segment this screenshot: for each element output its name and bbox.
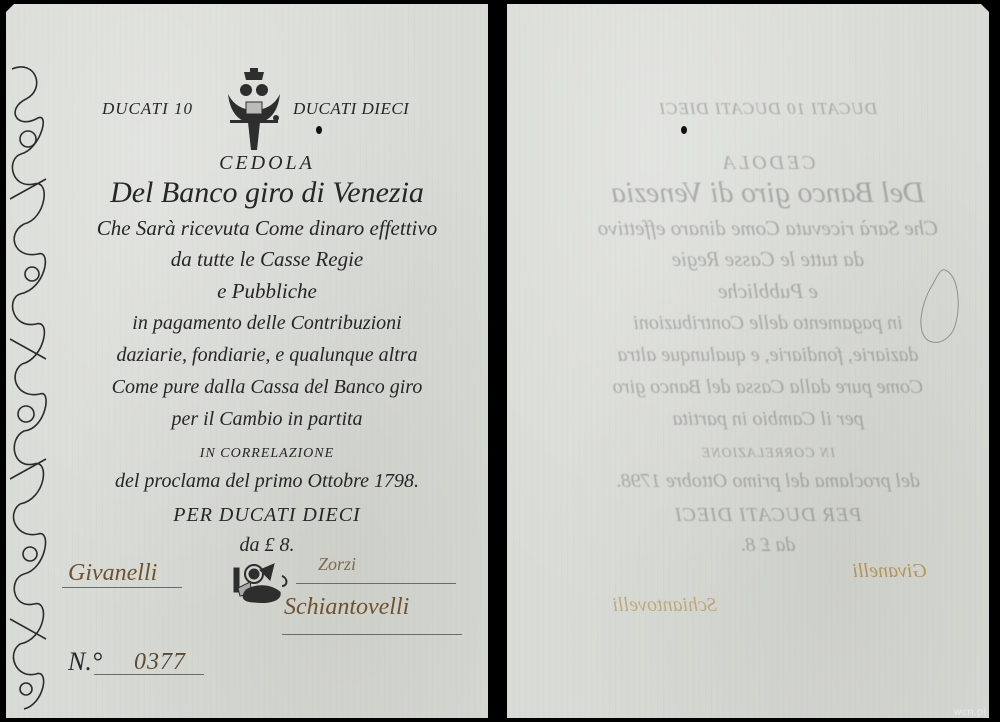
denomination-line: PER DUCATI DIECI — [46, 504, 488, 527]
signature-left: Givanelli — [68, 560, 157, 587]
ghost-line-10: PER DUCATI DIECI — [547, 504, 989, 527]
signature-line-right-top — [296, 583, 456, 584]
issuer-line: Del Banco giro di Venezia — [46, 176, 488, 210]
ghost-line-9: del proclama del primo Ottobre 1798. — [547, 470, 989, 493]
watermark: wcn.pl — [954, 707, 986, 718]
ghost-line-8: IN CORRELAZIONE — [547, 446, 989, 462]
serial-number-label: N.° — [68, 647, 102, 677]
ghost-line-6: Come pure dalla Cassa del Banco giro — [547, 376, 989, 399]
paper-stain — [915, 266, 965, 350]
signature-line-left — [62, 587, 182, 588]
text-line-2: da tutte le Casse Regie — [46, 247, 488, 272]
value-line: da £ 8. — [46, 534, 488, 557]
text-line-7: per il Cambio in partita — [46, 408, 488, 431]
signature-line-right — [282, 634, 462, 635]
header-denomination-right: DUCATI DIECI — [293, 99, 409, 119]
banknote-back: DUCATI 10 DUCATI DIECI CEDOLA Del Banco … — [507, 4, 989, 718]
banknote-front: DUCATI 10 DUCATI DIECI CEDOLA Del Banco … — [6, 4, 488, 718]
text-line-6: Come pure dalla Cassa del Banco giro — [46, 376, 488, 399]
text-line-1: Che Sarà ricevuta Come dinaro effettivo — [46, 216, 488, 241]
text-line-5: daziarie, fondiarie, e qualunque altra — [46, 344, 488, 367]
note-title: CEDOLA — [46, 152, 488, 175]
ghost-signature-givanelli: Givanelli — [853, 560, 927, 582]
ghost-signature-left-wrap: Schiantovelli — [567, 594, 717, 617]
signature-right-cancelled: Zorzi — [318, 554, 356, 575]
serial-number-line — [94, 674, 204, 675]
text-line-4: in pagamento delle Contribuzioni — [46, 312, 488, 335]
serial-number: 0377 — [134, 649, 186, 676]
signature-right: Schiantovelli — [284, 594, 409, 621]
ghost-line-header: DUCATI 10 DUCATI DIECI — [547, 99, 989, 119]
header-denomination-left: DUCATI 10 — [102, 99, 193, 119]
punch-hole — [316, 126, 322, 134]
lion-of-saint-mark-icon — [230, 560, 292, 606]
ghost-line-title: CEDOLA — [547, 152, 989, 175]
text-line-3: e Pubbliche — [46, 279, 488, 304]
punch-hole — [681, 126, 687, 134]
ghost-signature-schiantovelli: Schiantovelli — [613, 594, 717, 616]
ghost-line-7: per il Cambio in partita — [547, 408, 989, 431]
ghost-line-1: Che Sarà ricevuta Come dinaro effettivo — [547, 216, 989, 241]
double-headed-eagle-icon — [224, 66, 284, 154]
ghost-line-11: da £ 8. — [547, 534, 989, 557]
proclamation-date-line: del proclama del primo Ottobre 1798. — [46, 470, 488, 493]
ghost-line-issuer: Del Banco giro di Venezia — [547, 176, 989, 210]
ghost-signature-right-wrap: Givanelli — [807, 560, 927, 583]
correlation-heading: IN CORRELAZIONE — [46, 446, 488, 462]
